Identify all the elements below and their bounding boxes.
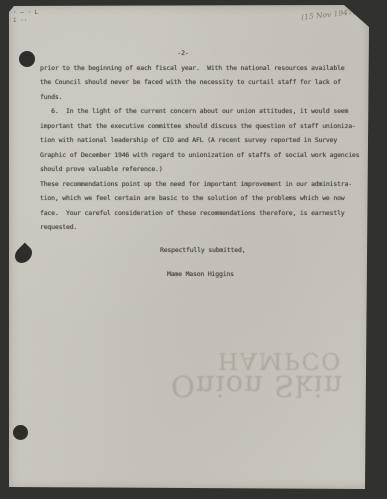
typed-line: prior to the beginning of each fiscal ye… — [40, 61, 365, 76]
typed-line: -2- — [40, 46, 365, 61]
punch-hole-middle — [12, 243, 36, 267]
typed-line: should prove valuable reference.) — [40, 162, 365, 177]
typed-line: the Council should never be faced with t… — [40, 75, 365, 90]
scanned-document: · – · L i ·· (15 Nov 1947) -2-prior to t… — [0, 0, 387, 499]
punch-hole-bottom — [13, 425, 28, 440]
paper-watermark: Onion Skin HAMPCO — [170, 347, 345, 403]
typed-line: important that the executive committee s… — [40, 119, 365, 134]
corner-stamp-marks: · – · L i ·· — [13, 9, 38, 25]
typed-text-body: -2-prior to the beginning of each fiscal… — [40, 46, 365, 235]
typed-line: funds. — [40, 90, 365, 105]
closing-line: Respectfully submitted, — [160, 246, 245, 254]
paper-sheet: · – · L i ·· (15 Nov 1947) -2-prior to t… — [9, 5, 369, 489]
typed-line: tion, which we feel certain are basic to… — [40, 191, 365, 206]
watermark-brand-line: Onion Skin — [171, 369, 345, 403]
pencil-date-annotation: (15 Nov 1947) — [301, 5, 376, 22]
typed-line: Graphic of December 1946 with regard to … — [40, 148, 365, 163]
typed-line: These recommendations point up the need … — [40, 177, 365, 192]
punch-hole-top — [19, 51, 35, 67]
signature-name: Mame Mason Higgins — [167, 270, 234, 278]
watermark-maker-line: HAMPCO — [218, 347, 345, 373]
typed-line: face. Your careful consideration of thes… — [40, 206, 365, 221]
typed-line: 6. In the light of the current concern a… — [40, 104, 365, 119]
typed-line: tion with national leadership of CIO and… — [40, 133, 365, 148]
typed-line: requested. — [40, 220, 365, 235]
